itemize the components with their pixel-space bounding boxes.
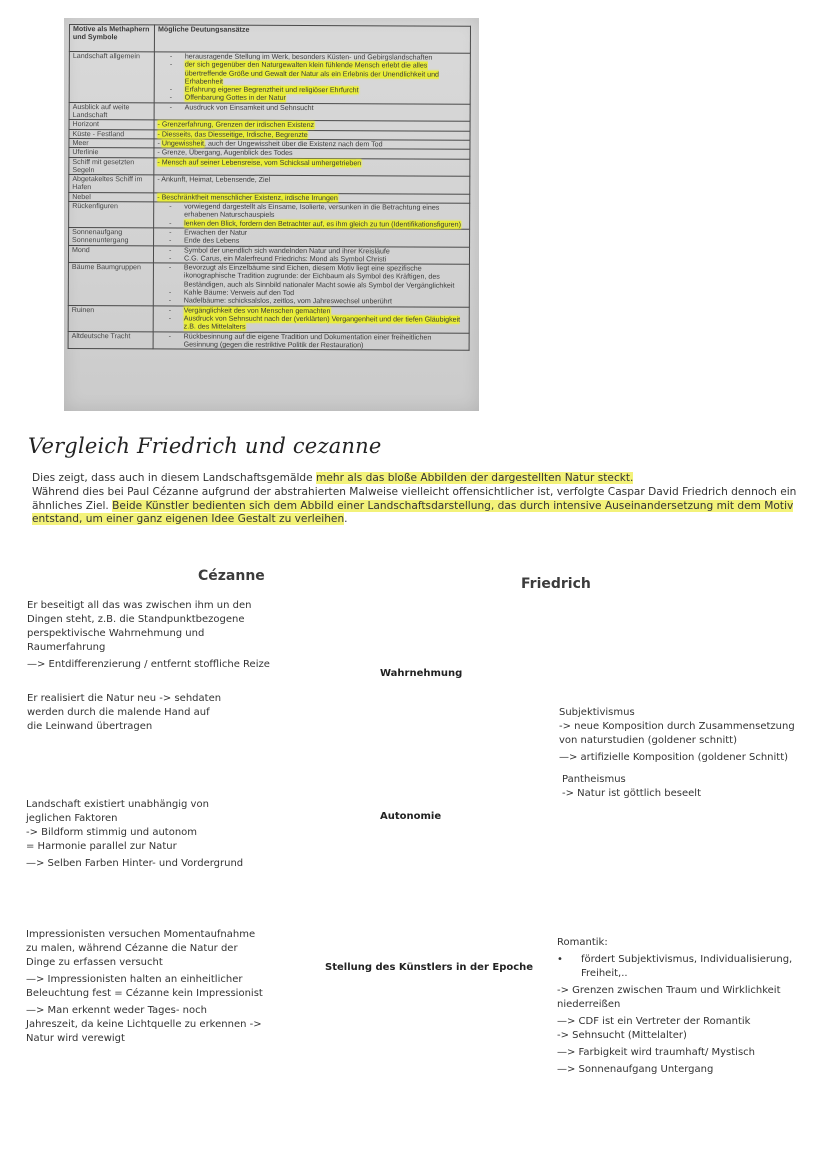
highlighted-text: Vergänglichkeit des von Menschen gemacht… <box>184 306 331 315</box>
table-text: Rückbesinnung auf die eigene Tradition u… <box>184 332 432 349</box>
interpretation-cell: vorwiegend dargestellt als Einsame, Isol… <box>154 202 470 229</box>
note-line: Jahreszeit, da keine Lichtquelle zu erke… <box>26 1018 263 1032</box>
table-header-motifs: Motive als Methaphern und Symbole <box>69 25 154 52</box>
note-line: -> Bildform stimmig und autonom <box>26 826 243 840</box>
table-row: Altdeutsche TrachtRückbesinnung auf die … <box>68 331 469 350</box>
cezanne-wahrnehmung-b: Er realisiert die Natur neu -> sehdatenw… <box>27 692 221 734</box>
table-row: Rückenfigurenvorwiegend dargestellt als … <box>69 202 470 230</box>
table-row: Bäume BaumgruppenBevorzugt als Einzelbäu… <box>68 263 469 307</box>
table-text: Erwachen der Natur <box>184 228 247 236</box>
motif-cell: Abgetakeltes Schiff im Hafen <box>69 175 154 193</box>
table-text: Ausdruck von Einsamkeit und Sehnsucht <box>185 103 314 112</box>
motif-table: Motive als Methaphern und Symbole Möglic… <box>68 24 471 351</box>
motif-cell: Meer <box>69 138 154 148</box>
row-label-wahrnehmung: Wahrnehmung <box>380 668 462 679</box>
row-label-stellung: Stellung des Künstlers in der Epoche <box>325 962 533 973</box>
table-text: - Ankunft, Heimat, Lebensende, Ziel <box>157 176 270 184</box>
table-text: Nadelbäume: schicksalslos, zeitlos, vom … <box>184 297 392 306</box>
note-line: —> Entdifferenzierung / entfernt stoffli… <box>27 658 270 672</box>
column-header-cezanne: Cézanne <box>198 568 265 584</box>
cezanne-wahrnehmung-a: Er beseitigt all das was zwischen ihm un… <box>27 599 270 672</box>
note-line: -> Natur ist göttlich beseelt <box>562 787 701 801</box>
note-line: —> Sonnenaufgang Untergang <box>557 1063 817 1077</box>
interpretation-cell: Rückbesinnung auf die eigene Tradition u… <box>153 331 469 350</box>
photo-motif-table: Motive als Methaphern und Symbole Möglic… <box>64 18 479 411</box>
romantik-heading: Romantik: <box>557 936 817 950</box>
intro-highlight: Beide Künstler bedienten sich dem Abbild… <box>32 500 793 526</box>
motif-cell: Rückenfiguren <box>69 202 154 228</box>
highlighted-text: - Beschränktheit menschlicher Existenz, … <box>157 193 338 202</box>
table-text: Ende des Lebens <box>184 237 239 245</box>
motif-cell: Nebel <box>69 192 154 202</box>
note-line: perspektivische Wahrnehmung und <box>27 627 270 641</box>
note-line: Subjektivismus <box>559 706 795 720</box>
table-header-interpretations: Mögliche Deutungsansätze <box>154 25 470 53</box>
highlighted-text: Ungewissheit <box>162 139 204 147</box>
row-label-autonomie: Autonomie <box>380 811 441 822</box>
table-text: , auch der Ungewissheit über die Existen… <box>204 140 383 149</box>
note-line: Impressionisten versuchen Momentaufnahme <box>26 928 263 942</box>
interpretation-cell: Bevorzugt als Einzelbäume sind Eichen, d… <box>153 263 469 307</box>
note-line: -> neue Komposition durch Zusammensetzun… <box>559 720 795 734</box>
note-line: Landschaft existiert unabhängig von <box>26 798 243 812</box>
note-line: -> Grenzen zwischen Traum und Wirklichke… <box>557 984 817 998</box>
highlighted-text: der sich gegenüber den Naturgewalten kle… <box>185 61 439 86</box>
motif-cell: Landschaft allgemein <box>69 52 154 103</box>
interpretation-cell: Vergänglichkeit des von Menschen gemacht… <box>153 305 469 332</box>
note-line: Pantheismus <box>562 773 701 787</box>
table-text: vorwiegend dargestellt als Einsame, Isol… <box>184 203 439 220</box>
table-text: Bevorzugt als Einzelbäume sind Eichen, d… <box>184 264 455 290</box>
note-line: Er realisiert die Natur neu -> sehdaten <box>27 692 221 706</box>
note-line: —> Selben Farben Hinter- und Vordergrund <box>26 857 243 871</box>
cezanne-autonomie: Landschaft existiert unabhängig vonjegli… <box>26 798 243 871</box>
motif-cell: Küste - Festland <box>69 129 154 139</box>
highlighted-text: lenken den Blick, fordern den Betrachter… <box>184 219 461 228</box>
intro-paragraph: Dies zeigt, dass auch in diesem Landscha… <box>32 472 812 527</box>
page-title: Vergleich Friedrich und cezanne <box>28 434 382 458</box>
note-line: von naturstudien (goldener schnitt) <box>559 734 795 748</box>
note-line: zu malen, während Cézanne die Natur der <box>26 942 263 956</box>
motif-cell: Uferlinie <box>69 148 154 158</box>
note-line: Dingen steht, z.B. die Standpunktbezogen… <box>27 613 270 627</box>
motif-cell: Sonnenaufgang Sonnenuntergang <box>69 227 154 245</box>
table-row: Ausblick auf weite LandschaftAusdruck vo… <box>69 102 470 121</box>
note-line: werden durch die malende Hand auf <box>27 706 221 720</box>
note-line: —> artifizielle Komposition (goldener Sc… <box>559 751 795 765</box>
motif-cell: Horizont <box>69 120 154 130</box>
friedrich-wahrnehmung-a: Subjektivismus-> neue Komposition durch … <box>559 706 795 765</box>
note-line: niederreißen <box>557 998 817 1012</box>
friedrich-wahrnehmung-b: Pantheismus-> Natur ist göttlich beseelt <box>562 773 701 801</box>
intro-text: . <box>344 513 347 525</box>
friedrich-stellung: Romantik: fördert Subjektivismus, Indivi… <box>557 936 817 1077</box>
motif-cell: Ruinen <box>68 305 153 331</box>
intro-text: Dies zeigt, dass auch in diesem Landscha… <box>32 472 316 484</box>
table-text: C.G. Carus, ein Malerfreund Friedrichs: … <box>184 254 386 263</box>
highlighted-text: Offenbarung Gottes in der Natur <box>185 94 286 102</box>
note-line: Er beseitigt all das was zwischen ihm un… <box>27 599 270 613</box>
intro-highlight: mehr als das bloße Abbilden der dargeste… <box>316 472 633 484</box>
note-line: Beleuchtung fest = Cézanne kein Impressi… <box>26 987 263 1001</box>
table-row: Schiff mit gesetzten Segeln- Mensch auf … <box>69 157 470 176</box>
note-line: —> CDF ist ein Vertreter der Romantik <box>557 1015 817 1029</box>
note-line: —> Man erkennt weder Tages- noch <box>26 1004 263 1018</box>
highlighted-text: Ausdruck von Sehnsucht nach der (verklär… <box>184 314 461 331</box>
note-line: Natur wird verewigt <box>26 1032 263 1046</box>
romantik-lines: -> Grenzen zwischen Traum und Wirklichke… <box>557 984 817 1077</box>
note-line: —> Impressionisten halten an einheitlich… <box>26 973 263 987</box>
motif-cell: Altdeutsche Tracht <box>68 331 153 349</box>
table-row: Sonnenaufgang SonnenuntergangErwachen de… <box>69 227 470 246</box>
note-line: Raumerfahrung <box>27 641 270 655</box>
highlighted-text: - Diesseits, das Diesseitige, Irdische, … <box>158 130 308 139</box>
note-line: die Leinwand übertragen <box>27 720 221 734</box>
interpretation-cell: - Mensch auf seiner Lebensreise, vom Sch… <box>154 157 470 176</box>
motif-cell: Mond <box>68 245 153 263</box>
note-line: -> Sehnsucht (Mittelalter) <box>557 1029 817 1043</box>
note-line: = Harmonie parallel zur Natur <box>26 840 243 854</box>
interpretation-cell: Erwachen der NaturEnde des Lebens <box>154 228 470 247</box>
table-row: MondSymbol der unendlich sich wandelnden… <box>68 245 469 264</box>
cezanne-stellung: Impressionisten versuchen Momentaufnahme… <box>26 928 263 1046</box>
interpretation-cell: herausragende Stellung im Werk, besonder… <box>154 52 470 104</box>
table-row: Abgetakeltes Schiff im Hafen- Ankunft, H… <box>69 175 470 194</box>
motif-cell: Ausblick auf weite Landschaft <box>69 102 154 120</box>
motif-cell: Bäume Baumgruppen <box>68 263 153 306</box>
table-row: Landschaft allgemeinherausragende Stellu… <box>69 52 470 105</box>
note-line: jeglichen Faktoren <box>26 812 243 826</box>
table-text: Kahle Bäume: Verweis auf den Tod <box>184 289 294 297</box>
highlighted-text: - Mensch auf seiner Lebensreise, vom Sch… <box>157 158 361 167</box>
table-row: RuinenVergänglichkeit des von Menschen g… <box>68 305 469 333</box>
interpretation-cell: Symbol der unendlich sich wandelnden Nat… <box>153 245 469 264</box>
note-line: —> Farbigkeit wird traumhaft/ Mystisch <box>557 1046 817 1060</box>
note-line: Dinge zu erfassen versucht <box>26 956 263 970</box>
romantik-bullet: fördert Subjektivismus, Individualisieru… <box>557 953 817 981</box>
interpretation-cell: Ausdruck von Einsamkeit und Sehnsucht <box>154 103 470 122</box>
column-header-friedrich: Friedrich <box>521 576 591 592</box>
interpretation-cell: - Ankunft, Heimat, Lebensende, Ziel <box>154 175 470 194</box>
motif-cell: Schiff mit gesetzten Segeln <box>69 157 154 175</box>
table-text: - Grenze, Übergang, Augenblick des Todes <box>157 149 292 158</box>
highlighted-text: - Grenzerfahrung, Grenzen der irdischen … <box>158 121 315 130</box>
